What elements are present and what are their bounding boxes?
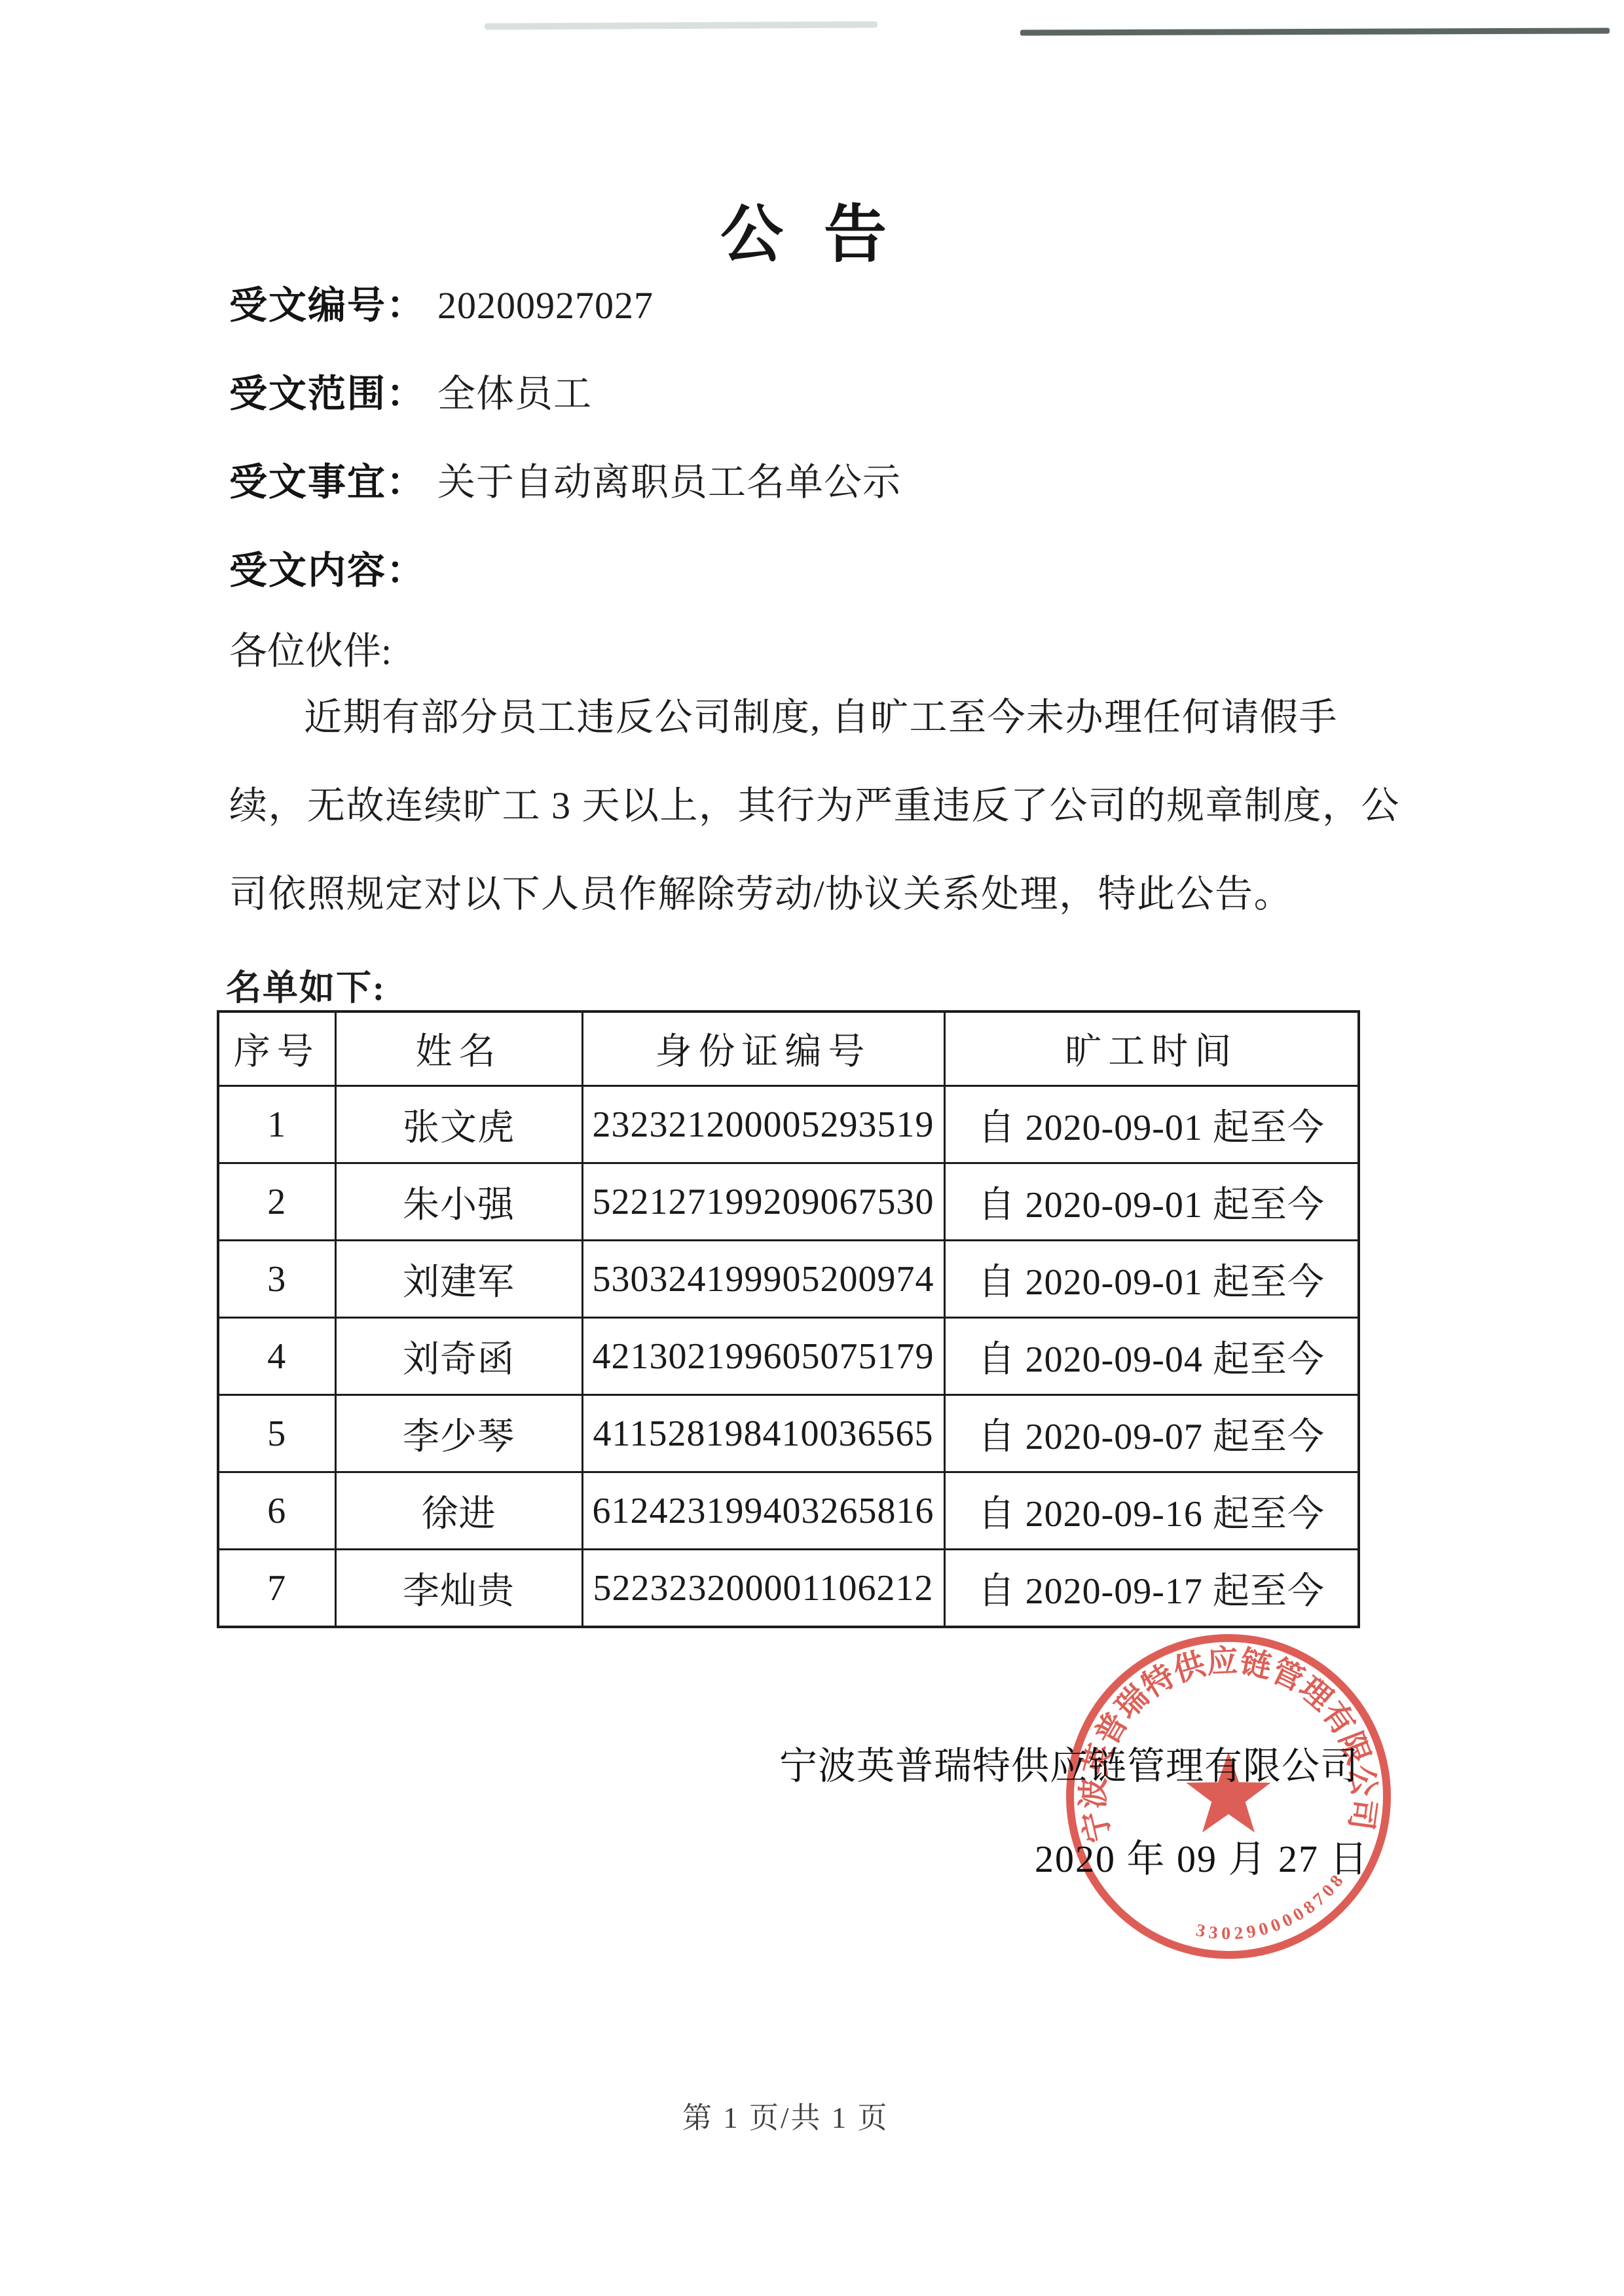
table-header-row: 序号 姓名 身份证编号 旷工时间 xyxy=(218,1011,1359,1086)
field-row-content: 受文内容： xyxy=(229,552,437,590)
stamp-star-icon xyxy=(1186,1752,1270,1832)
page-title: 公 告 xyxy=(720,185,888,274)
field-row-doc-number: 受文编号：20200927027 xyxy=(229,287,654,325)
cell-index: 2 xyxy=(218,1163,335,1241)
cell-name: 徐进 xyxy=(335,1472,582,1550)
header-cell-absence: 旷工时间 xyxy=(944,1011,1359,1086)
table-row: 6 徐进 612423199403265816 自 2020-09-16 起至今 xyxy=(218,1472,1359,1550)
company-stamp: 宁波英普瑞特供应链管理有限公司 3302900008708 xyxy=(1058,1626,1399,1967)
field-label-doc-number: 受文编号： xyxy=(229,284,426,327)
table-row: 2 朱小强 522127199209067530 自 2020-09-01 起至… xyxy=(218,1163,1359,1241)
cell-absence: 自 2020-09-01 起至今 xyxy=(944,1086,1359,1163)
cell-absence: 自 2020-09-01 起至今 xyxy=(944,1163,1359,1241)
header-cell-id: 身份证编号 xyxy=(582,1011,944,1086)
cell-absence: 自 2020-09-07 起至今 xyxy=(944,1395,1359,1472)
cell-id: 421302199605075179 xyxy=(582,1318,944,1395)
table-row: 3 刘建军 530324199905200974 自 2020-09-01 起至… xyxy=(218,1241,1359,1318)
field-row-subject: 受文事宜：关于自动离职员工名单公示 xyxy=(229,464,901,501)
cell-id: 522323200001106212 xyxy=(582,1550,944,1628)
body-line: 近期有部分员工违反公司制度, 自旷工至今未办理任何请假手 xyxy=(229,673,1408,761)
page-footer: 第 1 页/共 1 页 xyxy=(682,2094,889,2136)
scan-artifact-smudge xyxy=(485,21,877,29)
field-value-doc-number: 20200927027 xyxy=(437,284,654,327)
table-row: 4 刘奇函 421302199605075179 自 2020-09-04 起至… xyxy=(218,1318,1359,1395)
cell-id: 411528198410036565 xyxy=(582,1395,944,1472)
cell-absence: 自 2020-09-04 起至今 xyxy=(944,1318,1359,1395)
cell-absence: 自 2020-09-01 起至今 xyxy=(944,1241,1359,1318)
table-row: 1 张文虎 232321200005293519 自 2020-09-01 起至… xyxy=(218,1086,1359,1163)
roster-table: 序号 姓名 身份证编号 旷工时间 1 张文虎 23232120000529351… xyxy=(217,1010,1360,1628)
cell-absence: 自 2020-09-17 起至今 xyxy=(944,1550,1359,1628)
cell-index: 7 xyxy=(218,1550,335,1628)
table-row: 7 李灿贵 522323200001106212 自 2020-09-17 起至… xyxy=(218,1550,1359,1628)
cell-name: 刘奇函 xyxy=(335,1318,582,1395)
stamp-code-text: 3302900008708 xyxy=(1194,1868,1349,1943)
field-value-scope: 全体员工 xyxy=(437,373,592,415)
cell-name: 张文虎 xyxy=(335,1086,582,1163)
cell-absence: 自 2020-09-16 起至今 xyxy=(944,1472,1359,1550)
field-label-subject: 受文事宜： xyxy=(229,461,426,503)
cell-id: 232321200005293519 xyxy=(582,1086,944,1163)
header-cell-name: 姓名 xyxy=(335,1011,582,1086)
cell-id: 522127199209067530 xyxy=(582,1163,944,1241)
list-intro: 名单如下: xyxy=(226,960,386,1010)
field-row-scope: 受文范围：全体员工 xyxy=(229,375,592,413)
cell-id: 530324199905200974 xyxy=(582,1241,944,1318)
cell-id: 612423199403265816 xyxy=(582,1472,944,1550)
scanned-announcement-page: 公 告 受文编号：20200927027 受文范围：全体员工 受文事宜：关于自动… xyxy=(0,0,1624,2296)
scan-artifact-line xyxy=(1020,27,1610,35)
field-value-subject: 关于自动离职员工名单公示 xyxy=(437,461,901,503)
field-label-scope: 受文范围： xyxy=(229,373,426,415)
cell-name: 刘建军 xyxy=(335,1241,582,1318)
cell-name: 李少琴 xyxy=(335,1395,582,1472)
cell-name: 朱小强 xyxy=(335,1163,582,1241)
field-label-content: 受文内容： xyxy=(229,549,426,592)
salutation: 各位伙伴: xyxy=(229,632,392,670)
cell-index: 6 xyxy=(218,1472,335,1550)
body-paragraph: 近期有部分员工违反公司制度, 自旷工至今未办理任何请假手 续，无故连续旷工 3 … xyxy=(229,673,1408,938)
cell-index: 4 xyxy=(218,1318,335,1395)
cell-index: 3 xyxy=(218,1241,335,1318)
cell-index: 1 xyxy=(218,1086,335,1163)
cell-index: 5 xyxy=(218,1395,335,1472)
body-line: 续，无故连续旷工 3 天以上，其行为严重违反了公司的规章制度，公 xyxy=(229,761,1408,850)
table-row: 5 李少琴 411528198410036565 自 2020-09-07 起至… xyxy=(218,1395,1359,1472)
cell-name: 李灿贵 xyxy=(335,1550,582,1628)
body-line: 司依照规定对以下人员作解除劳动/协议关系处理，特此公告。 xyxy=(229,850,1408,938)
header-cell-index: 序号 xyxy=(218,1011,335,1086)
